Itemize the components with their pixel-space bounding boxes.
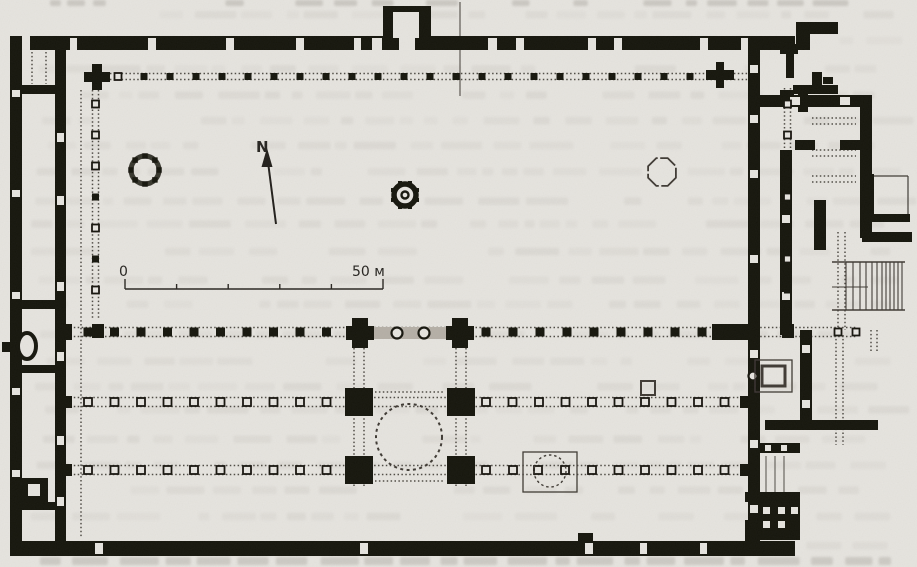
scanned-floor-plan-page: N 0 50 м xyxy=(0,0,917,567)
floor-plan-figure: N 0 50 м xyxy=(0,0,917,567)
scan-grain-overlay xyxy=(0,0,917,567)
